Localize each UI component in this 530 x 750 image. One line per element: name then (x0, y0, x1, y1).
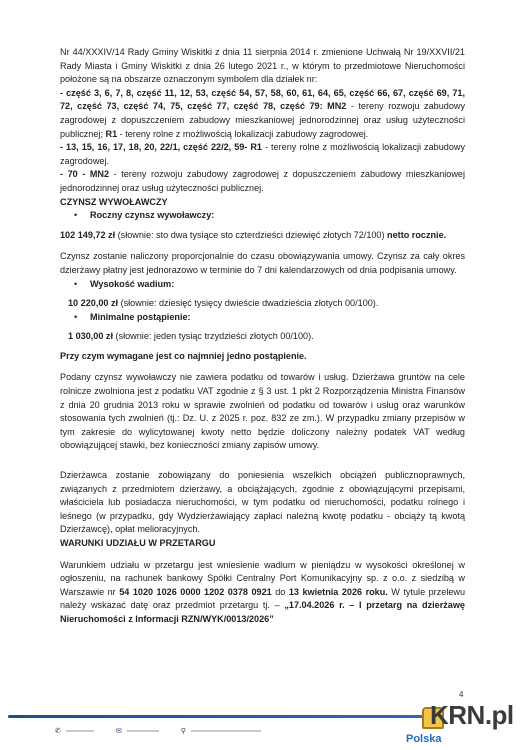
map-pin-icon: ⚲ (181, 727, 186, 735)
plots-desc-3: - tereny rozwoju zabudowy zagrodowej z d… (60, 169, 465, 193)
min-bid-note: Przy czym wymagane jest co najmniej jedn… (60, 350, 465, 364)
plots-list-2: - 13, 15, 16, 17, 18, 20, 22/1, część 22… (60, 142, 262, 152)
min-bid-amount: 1 030,00 zł (68, 331, 113, 341)
footer-email: ✉ (116, 727, 159, 735)
annual-rent-words: (słownie: sto dwa tysiące sto czterdzieś… (115, 230, 387, 240)
bank-account: 54 1020 1026 0000 1202 0378 0921 (119, 587, 272, 597)
deposit-amount: 10 220,00 zł (68, 298, 118, 308)
section-heading-rent: CZYNSZ WYWOŁAWCZY (60, 196, 465, 210)
plots-list-3: - 70 - MN2 (60, 169, 109, 179)
document-body: Nr 44/XXXIV/14 Rady Gminy Wiskitki z dni… (60, 46, 465, 627)
envelope-icon: ✉ (116, 727, 122, 735)
conditions-text-2: do (272, 587, 289, 597)
phone-icon: ✆ (55, 727, 61, 735)
plots-paragraph-1: - część 3, 6, 7, 8, część 11, 12, 53, cz… (60, 87, 465, 141)
section-heading-conditions: WARUNKI UDZIAŁU W PRZETARGU (60, 537, 465, 551)
tenant-obligations: Dzierżawca zostanie zobowiązany do ponie… (60, 469, 465, 537)
page-number: 4 (459, 690, 463, 699)
zone-r1-desc: - tereny rolne z możliwością lokalizacji… (117, 129, 368, 139)
address-text-blurred (191, 730, 261, 732)
annual-rent-amount: 102 149,72 zł (60, 230, 115, 240)
min-bid-words: (słownie: jeden tysiąc trzydzieści złoty… (113, 331, 314, 341)
zone-r1: R1 (106, 129, 118, 139)
document-page: Nr 44/XXXIV/14 Rady Gminy Wiskitki z dni… (0, 0, 530, 750)
min-bid-label: Minimalne postąpienie: (60, 311, 465, 325)
company-logo: Polska (406, 734, 441, 745)
deposit-line: 10 220,00 zł (słownie: dziesięć tysięcy … (60, 297, 465, 311)
annual-rent-suffix: netto rocznie. (387, 230, 446, 240)
footer-address: ⚲ (181, 727, 261, 735)
deposit-label: Wysokość wadium: (60, 278, 465, 292)
email-text-blurred (127, 730, 159, 732)
rent-note: Czynsz zostanie naliczony proporcjonalni… (60, 250, 465, 277)
watermark-logo: KRN.pl (430, 700, 514, 731)
deposit-words: (słownie: dziesięć tysięcy dwieście dwad… (118, 298, 378, 308)
footer-divider (8, 715, 428, 718)
annual-rent-label: Roczny czynsz wywoławczy: (60, 209, 465, 223)
min-bid-line: 1 030,00 zł (słownie: jeden tysiąc trzyd… (60, 330, 465, 344)
plots-paragraph-2: - 13, 15, 16, 17, 18, 20, 22/1, część 22… (60, 141, 465, 168)
intro-paragraph: Nr 44/XXXIV/14 Rady Gminy Wiskitki z dni… (60, 46, 465, 87)
plots-paragraph-3: - 70 - MN2 - tereny rozwoju zabudowy zag… (60, 168, 465, 195)
footer-contacts: ✆ ✉ ⚲ (55, 725, 261, 737)
footer-phone: ✆ (55, 727, 94, 735)
conditions-paragraph: Warunkiem udziału w przetargu jest wnies… (60, 559, 465, 627)
annual-rent-line: 102 149,72 zł (słownie: sto dwa tysiące … (60, 229, 465, 243)
phone-text-blurred (66, 730, 94, 732)
deposit-deadline: 13 kwietnia 2026 roku. (289, 587, 388, 597)
vat-note: Podany czynsz wywoławczy nie zawiera pod… (60, 371, 465, 453)
